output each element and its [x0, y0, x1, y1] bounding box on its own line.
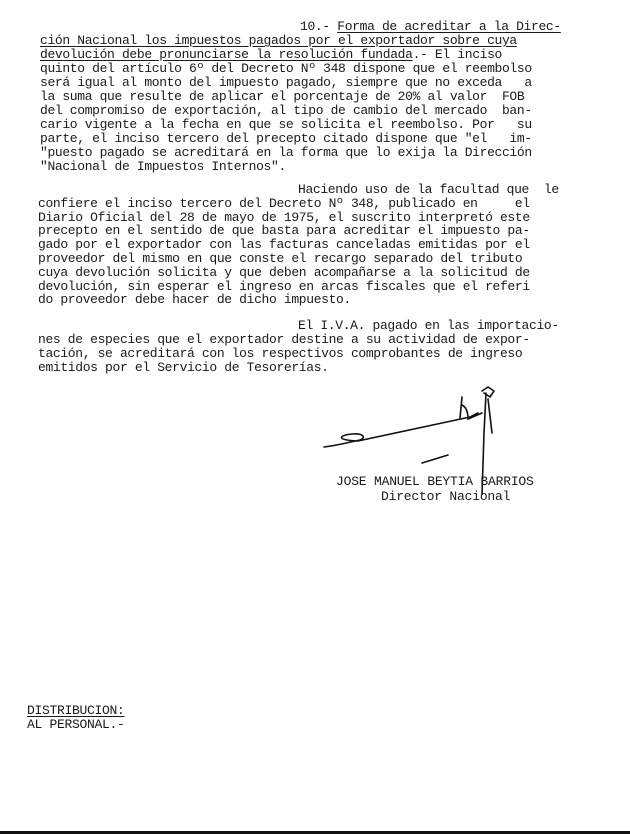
- paragraph-line: "Nacional de Impuestos Internos".: [40, 160, 286, 174]
- paragraph-line: quinto del artículo 6º del Decreto Nº 34…: [40, 62, 532, 76]
- signatory-name: JOSE MANUEL BEYTIA BARRIOS: [336, 475, 534, 489]
- distribution-recipient: AL PERSONAL.-: [27, 718, 125, 732]
- section-number: 10.-: [300, 19, 337, 34]
- section-heading-line-1: 10.- Forma de acreditar a la Direc-: [300, 20, 561, 34]
- section-title-part-1: Forma de acreditar a la Direc-: [337, 19, 561, 34]
- paragraph-line: la suma que resulte de aplicar el porcen…: [40, 90, 524, 104]
- paragraph-line: El I.V.A. pagado en las importacio-: [298, 319, 559, 333]
- paragraph-line: cario vigente a la fecha en que se solic…: [40, 118, 532, 132]
- paragraph-line: del compromiso de exportación, al tipo d…: [40, 104, 532, 118]
- signatory-title: Director Nacional: [381, 490, 510, 504]
- paragraph-line: confiere el inciso tercero del Decreto N…: [38, 197, 530, 211]
- section-title-part-3: devolución debe pronunciarse la resoluci…: [40, 47, 413, 62]
- section-heading-line-3: devolución debe pronunciarse la resoluci…: [40, 48, 502, 62]
- paragraph-line: será igual al monto del impuesto pagado,…: [40, 76, 532, 90]
- paragraph-line: proveedor del mismo en que conste el rec…: [38, 252, 522, 266]
- distribution-label: DISTRIBUCION:: [27, 704, 125, 718]
- paragraph-line: emitidos por el Servicio de Tesorerías.: [38, 361, 329, 375]
- paragraph-line: tación, se acreditará con los respectivo…: [38, 347, 522, 361]
- paragraph-line: "puesto pagado se acreditará en la forma…: [40, 146, 532, 160]
- section-heading-line-2: ción Nacional los impuestos pagados por …: [40, 34, 517, 48]
- paragraph-line: nes de especies que el exportador destin…: [38, 333, 530, 347]
- paragraph-line: Haciendo uso de la facultad que le: [298, 183, 559, 197]
- paragraph-line: parte, el inciso tercero del precepto ci…: [40, 132, 532, 146]
- paragraph-line: cuya devolución solicita y que deben aco…: [38, 266, 530, 280]
- paragraph1-lead: .- El inciso: [413, 47, 502, 62]
- paragraph-line: do proveedor debe hacer de dicho impuest…: [38, 293, 351, 307]
- document-page: 10.- Forma de acreditar a la Direc- ción…: [0, 0, 630, 834]
